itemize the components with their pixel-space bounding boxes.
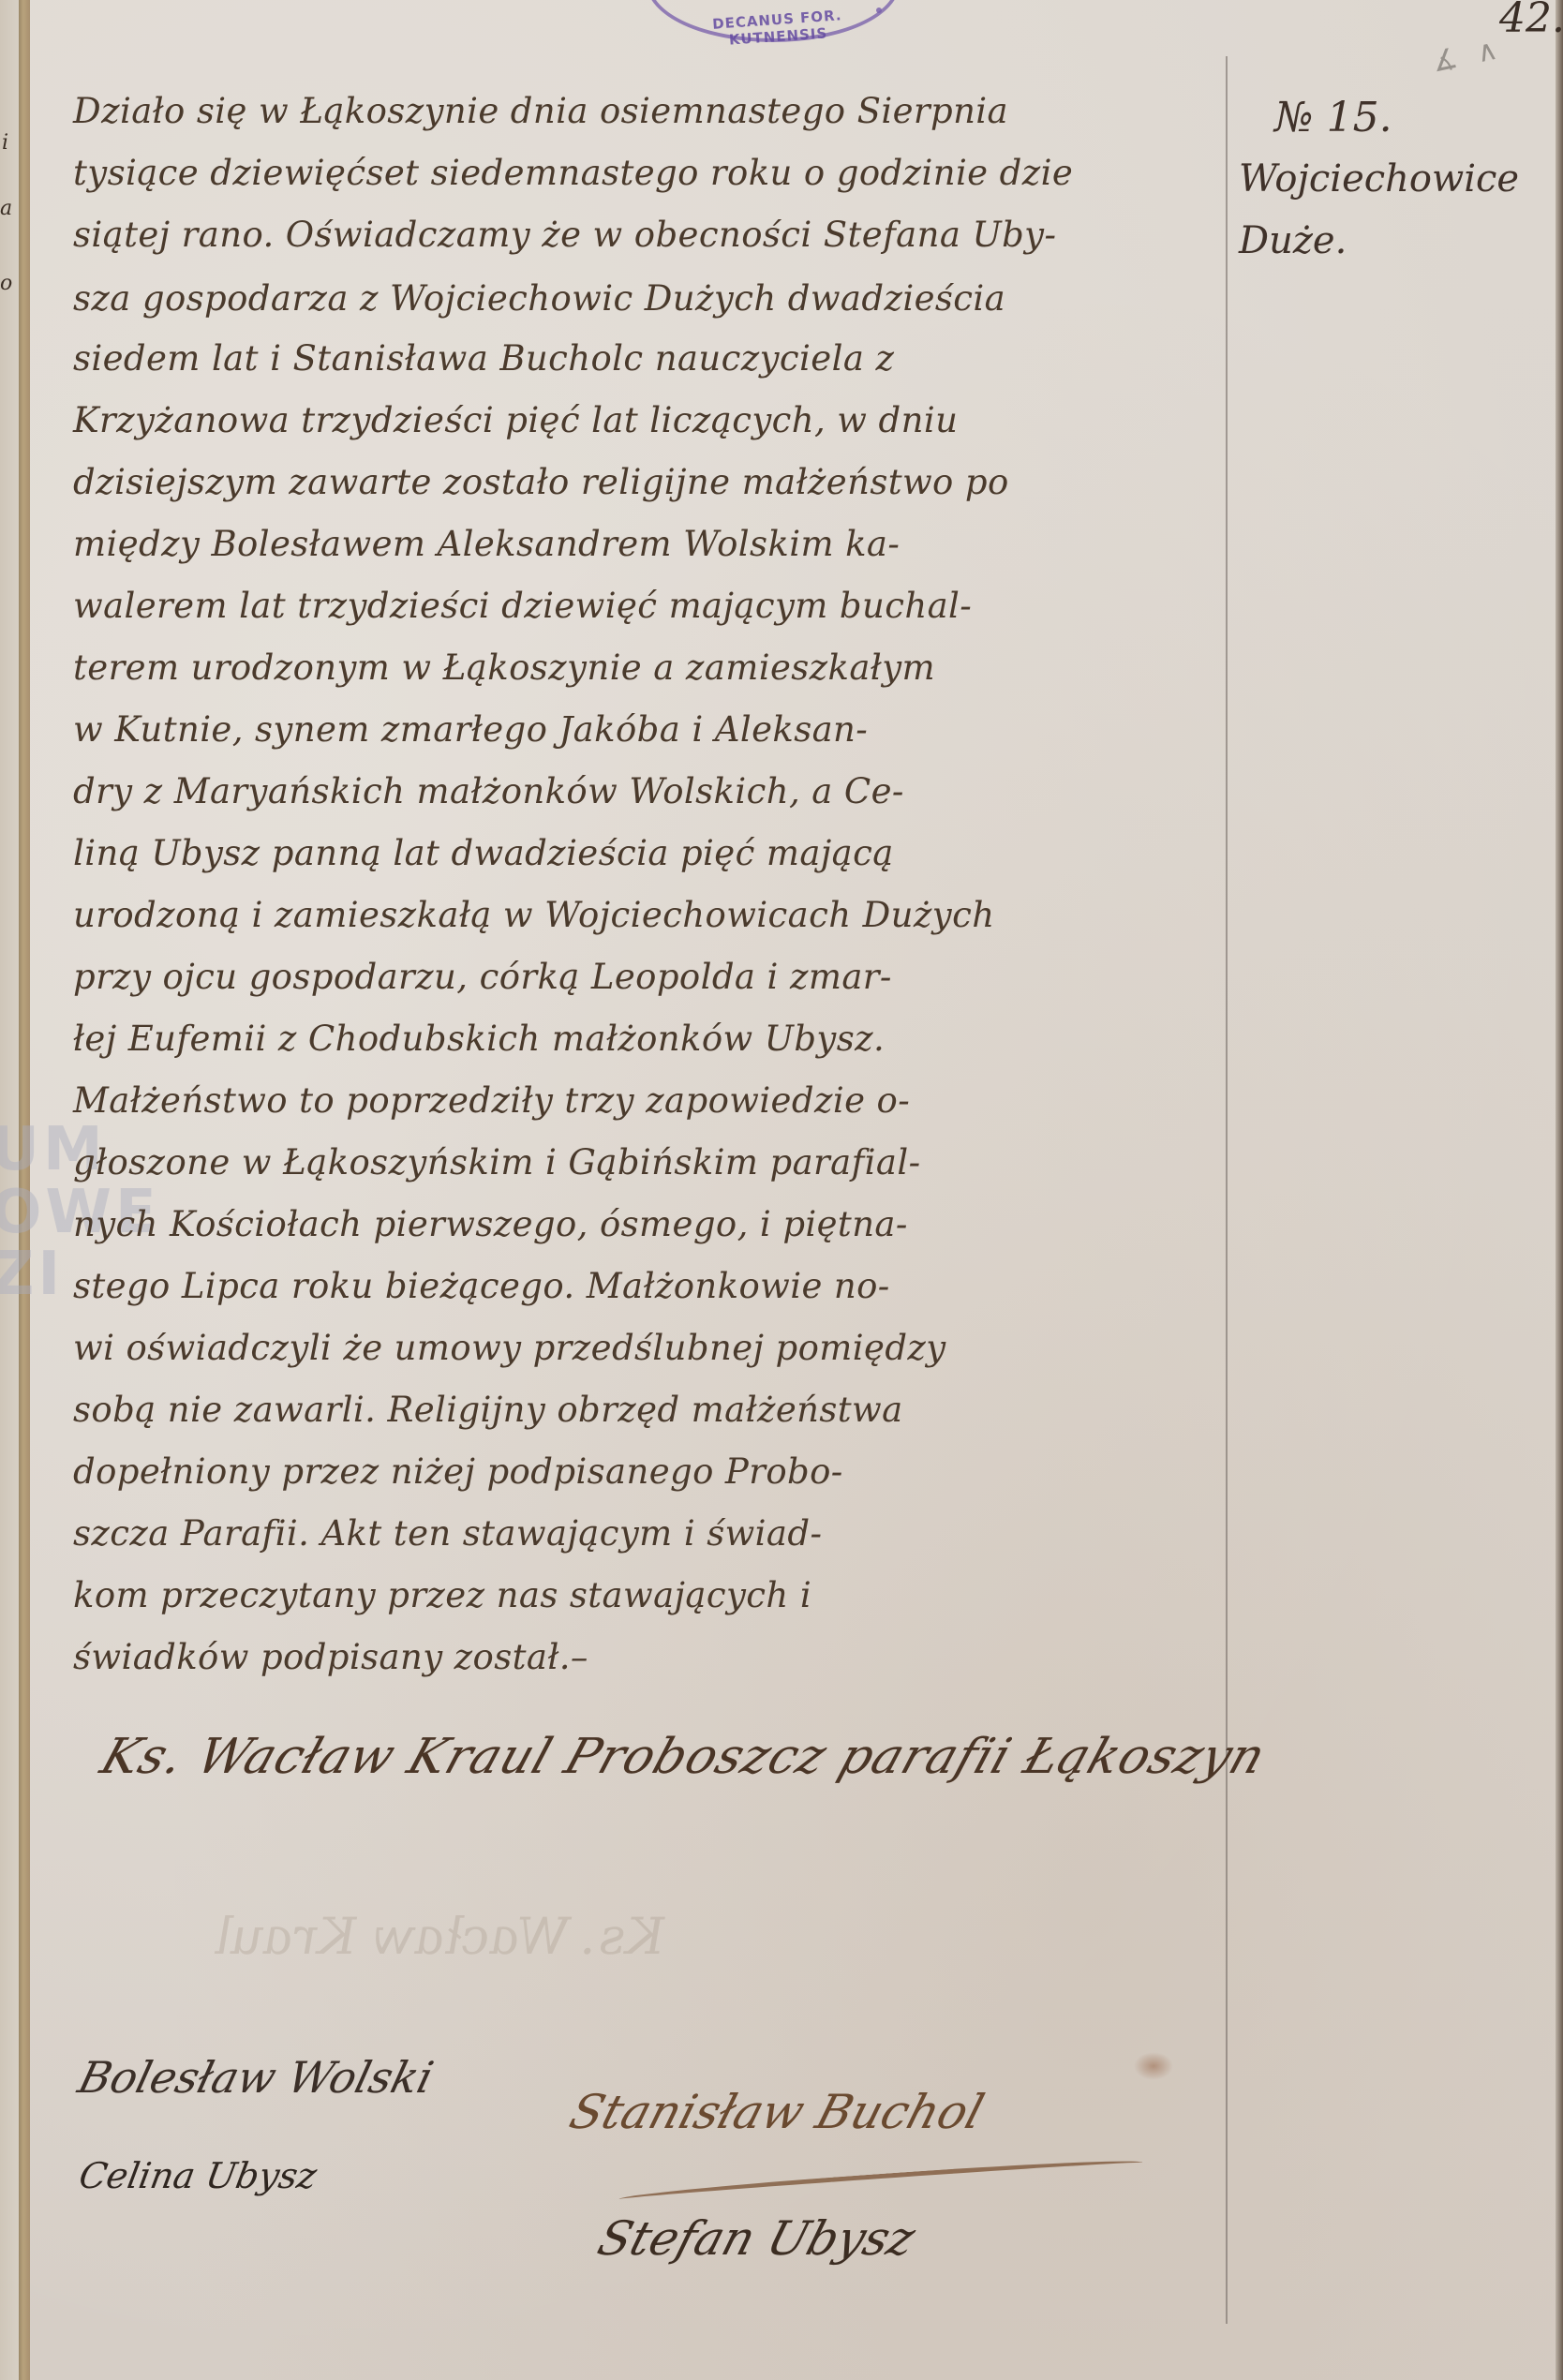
ink-blot — [1134, 2052, 1173, 2080]
record-line: łej Eufemii z Chodubskich małżonków Ubys… — [73, 1021, 1235, 1056]
record-line: między Bolesławem Aleksandrem Wolskim ka… — [73, 527, 1235, 561]
left-margin-mark: o — [0, 272, 12, 295]
record-line: Krzyżanowa trzydzieści pięć lat liczącyc… — [73, 403, 1235, 438]
record-line: dopełniony przez niżej podpisanego Probo… — [73, 1454, 1235, 1489]
pencil-mark: ∡ ∧ — [1429, 32, 1506, 79]
signature-witness-1: Stanisław Buchol — [564, 2085, 990, 2139]
record-line: tysiące dziewięćset siedemnastego roku o… — [73, 156, 1235, 190]
left-margin-mark: i — [2, 131, 8, 155]
signature-flourish — [618, 2155, 1143, 2206]
record-line: szcza Parafii. Akt ten stawającym i świa… — [73, 1516, 1235, 1551]
page-number: 42. — [1499, 0, 1563, 42]
record-line: liną Ubysz panną lat dwadzieścia pięć ma… — [73, 836, 1235, 870]
record-line: terem urodzonym w Łąkoszynie a zamieszka… — [73, 650, 1235, 685]
document-page: i a o DECANUS FOR. KUTNENSIS 42. ∡ ∧ UM … — [0, 0, 1563, 2380]
record-line: sza gospodarza z Wojciechowic Dużych dwa… — [73, 281, 1235, 316]
record-line: w Kutnie, synem zmarłego Jakóba i Aleksa… — [73, 712, 1235, 747]
margin-village-suffix: Duże. — [1239, 219, 1347, 262]
margin-column-rule — [1226, 56, 1228, 2324]
record-line: świadków podpisany został.– — [73, 1640, 1235, 1674]
signature-groom: Bolesław Wolski — [73, 2052, 439, 2103]
record-line: przy ojcu gospodarzu, córką Leopolda i z… — [73, 959, 1235, 994]
record-line: kom przeczytany przez nas stawających i — [73, 1578, 1235, 1613]
record-line: Działo się w Łąkoszynie dnia osiemnasteg… — [73, 94, 1235, 128]
bleed-through-signature: Ks. Wacław Kraul — [205, 1907, 676, 1966]
record-line: wi oświadczyli że umowy przedślubnej pom… — [73, 1331, 1235, 1365]
record-line: Małżeństwo to poprzedziły trzy zapowiedz… — [73, 1083, 1235, 1118]
record-line: siątej rano. Oświadczamy że w obecności … — [73, 217, 1235, 252]
signature-priest: Ks. Wacław Kraul Proboszcz parafii Łąkos… — [94, 1729, 1273, 1785]
record-line: stego Lipca roku bieżącego. Małżonkowie … — [73, 1269, 1235, 1303]
left-margin-mark: a — [0, 197, 12, 220]
act-number: № 15. — [1274, 94, 1392, 141]
record-line: sobą nie zawarli. Religijny obrzęd małże… — [73, 1392, 1235, 1427]
stamp-dot — [876, 7, 882, 13]
record-line: dry z Maryańskich małżonków Wolskich, a … — [73, 774, 1235, 809]
record-line: nych Kościołach pierwszego, ósmego, i pi… — [73, 1207, 1235, 1242]
record-line: walerem lat trzydzieści dziewięć mającym… — [73, 588, 1235, 623]
record-line: głoszone w Łąkoszyńskim i Gąbińskim para… — [73, 1145, 1235, 1180]
signature-witness-2: Stefan Ubysz — [592, 2211, 921, 2266]
record-line: siedem lat i Stanisława Bucholc nauczyci… — [73, 341, 1235, 376]
signature-bride: Celina Ubysz — [76, 2155, 320, 2196]
record-line: urodzoną i zamieszkałą w Wojciechowicach… — [73, 898, 1235, 932]
scan-right-edge — [1556, 0, 1563, 2380]
record-line: dzisiejszym zawarte zostało religijne ma… — [73, 465, 1235, 499]
watermark-line: ZI — [0, 1244, 64, 1304]
margin-village: Wojciechowice — [1239, 157, 1519, 201]
